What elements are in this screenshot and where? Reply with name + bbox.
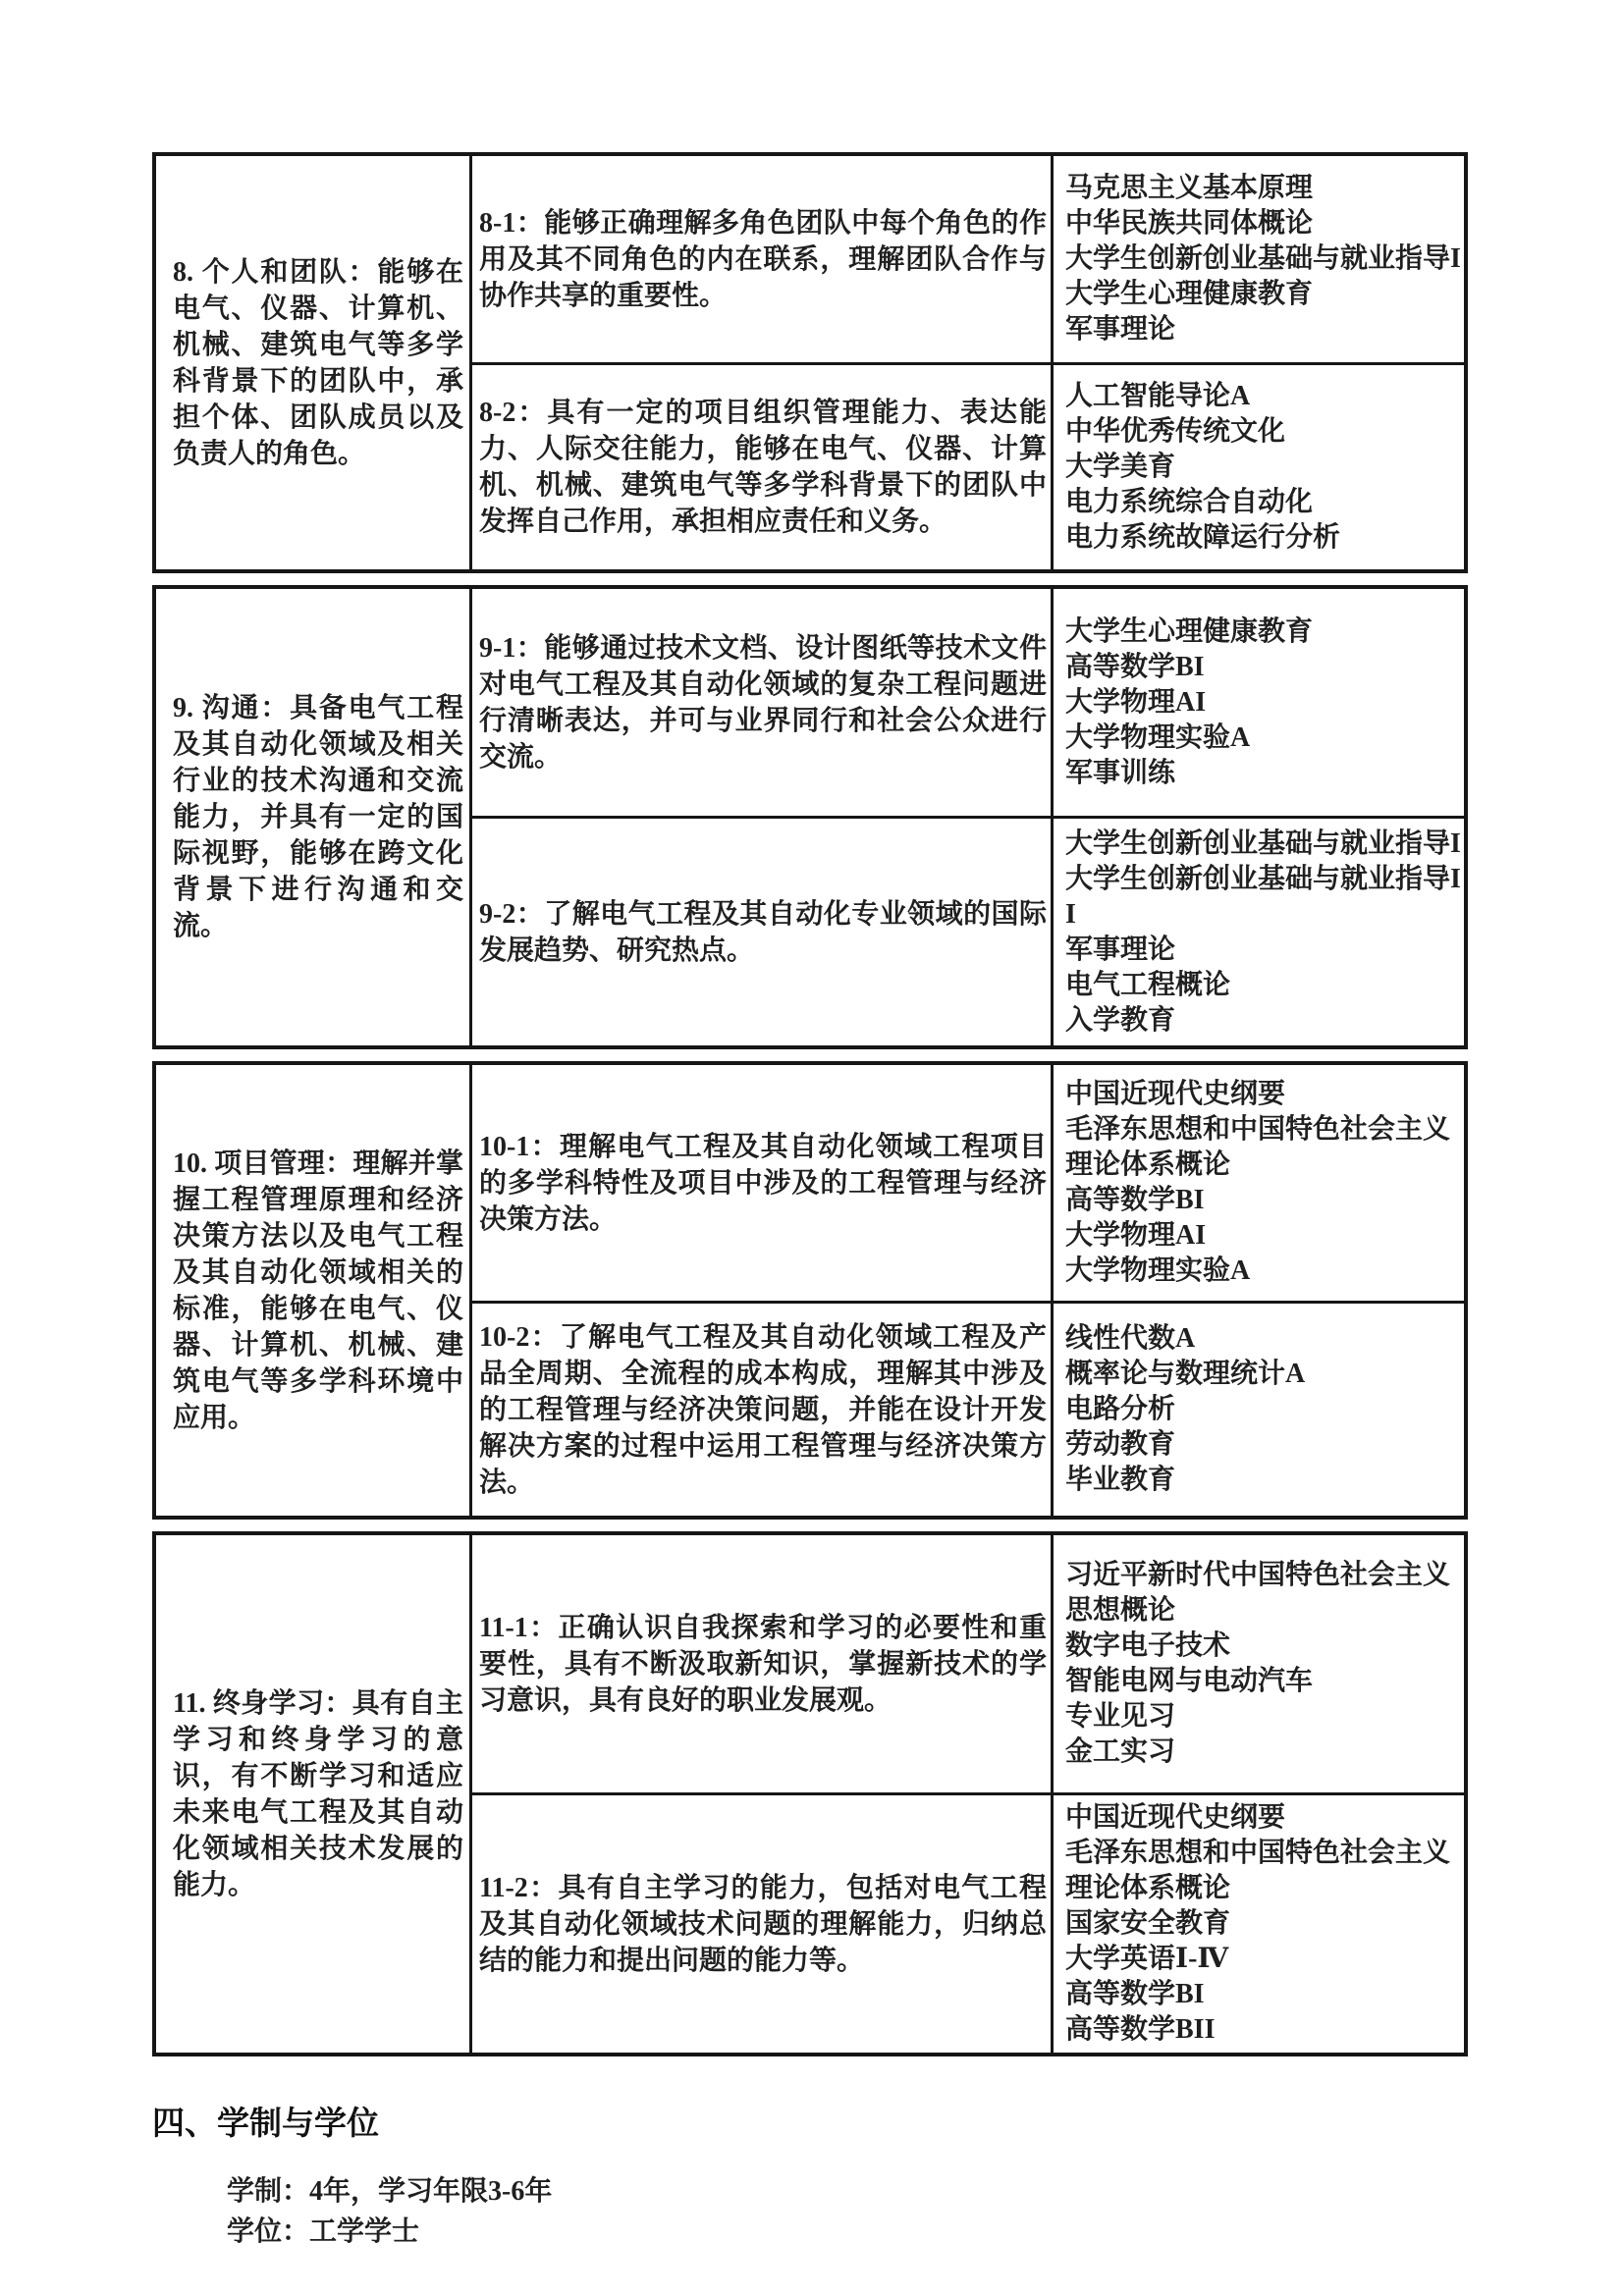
course-item: 大学生创新创业基础与就业指导I — [1065, 241, 1462, 277]
course-list-cell: 中国近现代史纲要毛泽东思想和中国特色社会主义理论体系概论高等数学BI大学物理AI… — [1054, 1065, 1464, 1301]
course-item: 人工智能导论A — [1065, 379, 1462, 414]
course-item: 中国近现代史纲要 — [1065, 1077, 1462, 1112]
objective-text: 10. 项目管理：理解并掌握工程管理原理和经济决策方法以及电气工程及其自动化领域… — [173, 1146, 463, 1436]
course-list-cell: 马克思主义基本原理中华民族共同体概论大学生创新创业基础与就业指导I大学生心理健康… — [1054, 156, 1464, 362]
course-item: 毕业教育 — [1065, 1463, 1462, 1498]
course-list-cell: 习近平新时代中国特色社会主义思想概论数字电子技术智能电网与电动汽车专业见习金工实… — [1054, 1535, 1464, 1792]
indicator-rows: 8-1：能够正确理解多角色团队中每个角色的作用及其不同角色的内在联系，理解团队合… — [472, 156, 1464, 569]
indicator-row: 11-1：正确认识自我探索和学习的必要性和重要性，具有不断汲取新知识，掌握新技术… — [472, 1535, 1464, 1792]
indicator-text: 8-1：能够正确理解多角色团队中每个角色的作用及其不同角色的内在联系，理解团队合… — [479, 205, 1047, 314]
course-item: 军事理论 — [1065, 933, 1462, 968]
indicator-row: 10-2：了解电气工程及其自动化领域工程及产品全周期、全流程的成本构成，理解其中… — [472, 1301, 1464, 1516]
course-item: 中国近现代史纲要 — [1065, 1800, 1462, 1836]
course-item: 入学教育 — [1065, 1003, 1462, 1039]
indicator-row: 8-2：具有一定的项目组织管理能力、表达能力、人际交往能力，能够在电气、仪器、计… — [472, 362, 1464, 569]
course-item: 概率论与数理统计A — [1065, 1357, 1462, 1392]
indicator-text: 9-2：了解电气工程及其自动化专业领域的国际发展趋势、研究热点。 — [479, 896, 1047, 969]
indicator-rows: 10-1：理解电气工程及其自动化领域工程项目的多学科特性及项目中涉及的工程管理与… — [472, 1065, 1464, 1516]
indicator-rows: 9-1：能够通过技术文档、设计图纸等技术文件对电气工程及其自动化领域的复杂工程问… — [472, 589, 1464, 1045]
document-page: 8. 个人和团队：能够在电气、仪器、计算机、机械、建筑电气等多学科背景下的团队中… — [0, 0, 1622, 2252]
indicator-text: 10-1：理解电气工程及其自动化领域工程项目的多学科特性及项目中涉及的工程管理与… — [479, 1129, 1047, 1238]
course-item: 高等数学BI — [1065, 1977, 1462, 2012]
indicator-rows: 11-1：正确认识自我探索和学习的必要性和重要性，具有不断汲取新知识，掌握新技术… — [472, 1535, 1464, 2053]
course-item: 高等数学BII — [1065, 2012, 1462, 2048]
section-heading: 四、学制与学位 — [152, 2098, 1468, 2144]
indicator-cell: 11-2：具有自主学习的能力，包括对电气工程及其自动化领域技术问题的理解能力，归… — [472, 1795, 1054, 2053]
course-item: 金工实习 — [1065, 1735, 1462, 1770]
course-item: 电力系统故障运行分析 — [1065, 520, 1462, 556]
course-item: 大学物理AI — [1065, 685, 1462, 721]
outcome-block: 9. 沟通：具备电气工程及其自动化领域及相关行业的技术沟通和交流能力，并具有一定… — [152, 585, 1468, 1049]
course-item: 中华民族共同体概论 — [1065, 206, 1462, 241]
indicator-text: 8-2：具有一定的项目组织管理能力、表达能力、人际交往能力，能够在电气、仪器、计… — [479, 395, 1047, 540]
course-list-cell: 线性代数A概率论与数理统计A电路分析劳动教育毕业教育 — [1054, 1304, 1464, 1516]
indicator-cell: 10-2：了解电气工程及其自动化领域工程及产品全周期、全流程的成本构成，理解其中… — [472, 1304, 1054, 1516]
objective-cell: 11. 终身学习：具有自主学习和终身学习的意识，有不断学习和适应未来电气工程及其… — [156, 1535, 472, 2053]
course-item: 电气工程概论 — [1065, 968, 1462, 1003]
course-list-cell: 大学生心理健康教育高等数学BI大学物理AI大学物理实验A军事训练 — [1054, 589, 1464, 816]
objective-cell: 9. 沟通：具备电气工程及其自动化领域及相关行业的技术沟通和交流能力，并具有一定… — [156, 589, 472, 1045]
course-item: 国家安全教育 — [1065, 1906, 1462, 1942]
course-item: 大学生创新创业基础与就业指导I — [1065, 827, 1462, 862]
indicator-cell: 9-1：能够通过技术文档、设计图纸等技术文件对电气工程及其自动化领域的复杂工程问… — [472, 589, 1054, 816]
course-item: 习近平新时代中国特色社会主义思想概论 — [1065, 1558, 1462, 1629]
course-item: 智能电网与电动汽车 — [1065, 1664, 1462, 1699]
indicator-cell: 10-1：理解电气工程及其自动化领域工程项目的多学科特性及项目中涉及的工程管理与… — [472, 1065, 1054, 1301]
course-item: 大学物理实验A — [1065, 721, 1462, 756]
course-item: 大学生创新创业基础与就业指导II — [1065, 862, 1462, 933]
course-list-cell: 人工智能导论A中华优秀传统文化大学美育电力系统综合自动化电力系统故障运行分析 — [1054, 365, 1464, 569]
indicator-cell: 8-2：具有一定的项目组织管理能力、表达能力、人际交往能力，能够在电气、仪器、计… — [472, 365, 1054, 569]
indicator-text: 11-2：具有自主学习的能力，包括对电气工程及其自动化领域技术问题的理解能力，归… — [479, 1870, 1047, 1979]
indicator-row: 8-1：能够正确理解多角色团队中每个角色的作用及其不同角色的内在联系，理解团队合… — [472, 156, 1464, 362]
course-list-cell: 大学生创新创业基础与就业指导I大学生创新创业基础与就业指导II军事理论电气工程概… — [1054, 819, 1464, 1045]
objective-text: 11. 终身学习：具有自主学习和终身学习的意识，有不断学习和适应未来电气工程及其… — [173, 1685, 463, 1903]
course-item: 大学物理实验A — [1065, 1254, 1462, 1289]
course-item: 高等数学BI — [1065, 1183, 1462, 1218]
indicator-cell: 9-2：了解电气工程及其自动化专业领域的国际发展趋势、研究热点。 — [472, 819, 1054, 1045]
course-item: 数字电子技术 — [1065, 1629, 1462, 1664]
outcome-block: 10. 项目管理：理解并掌握工程管理原理和经济决策方法以及电气工程及其自动化领域… — [152, 1061, 1468, 1520]
duration-line: 学制：4年，学习年限3-6年 — [152, 2171, 1468, 2212]
outcome-block: 8. 个人和团队：能够在电气、仪器、计算机、机械、建筑电气等多学科背景下的团队中… — [152, 152, 1468, 573]
indicator-text: 9-1：能够通过技术文档、设计图纸等技术文件对电气工程及其自动化领域的复杂工程问… — [479, 630, 1047, 775]
indicator-cell: 11-1：正确认识自我探索和学习的必要性和重要性，具有不断汲取新知识，掌握新技术… — [472, 1535, 1054, 1792]
course-item: 电路分析 — [1065, 1392, 1462, 1427]
section-degree: 四、学制与学位 学制：4年，学习年限3-6年 学位：工学学士 — [152, 2098, 1468, 2252]
objective-cell: 8. 个人和团队：能够在电气、仪器、计算机、机械、建筑电气等多学科背景下的团队中… — [156, 156, 472, 569]
indicator-row: 11-2：具有自主学习的能力，包括对电气工程及其自动化领域技术问题的理解能力，归… — [472, 1792, 1464, 2053]
course-item: 劳动教育 — [1065, 1427, 1462, 1463]
course-item: 马克思主义基本原理 — [1065, 171, 1462, 206]
course-item: 毛泽东思想和中国特色社会主义理论体系概论 — [1065, 1112, 1462, 1183]
course-list-cell: 中国近现代史纲要毛泽东思想和中国特色社会主义理论体系概论国家安全教育大学英语Ⅰ-… — [1054, 1795, 1464, 2053]
degree-line: 学位：工学学士 — [152, 2212, 1468, 2252]
indicator-row: 9-2：了解电气工程及其自动化专业领域的国际发展趋势、研究热点。 大学生创新创业… — [472, 816, 1464, 1045]
course-item: 高等数学BI — [1065, 650, 1462, 685]
course-item: 大学美育 — [1065, 450, 1462, 485]
objective-text: 8. 个人和团队：能够在电气、仪器、计算机、机械、建筑电气等多学科背景下的团队中… — [173, 254, 463, 472]
indicator-text: 10-2：了解电气工程及其自动化领域工程及产品全周期、全流程的成本构成，理解其中… — [479, 1319, 1047, 1501]
course-item: 专业见习 — [1065, 1699, 1462, 1735]
course-item: 军事理论 — [1065, 312, 1462, 347]
outcome-block: 11. 终身学习：具有自主学习和终身学习的意识，有不断学习和适应未来电气工程及其… — [152, 1531, 1468, 2056]
course-item: 大学生心理健康教育 — [1065, 277, 1462, 312]
course-item: 大学英语Ⅰ-Ⅳ — [1065, 1942, 1462, 1977]
indicator-row: 9-1：能够通过技术文档、设计图纸等技术文件对电气工程及其自动化领域的复杂工程问… — [472, 589, 1464, 816]
indicator-text: 11-1：正确认识自我探索和学习的必要性和重要性，具有不断汲取新知识，掌握新技术… — [479, 1610, 1047, 1719]
indicator-row: 10-1：理解电气工程及其自动化领域工程项目的多学科特性及项目中涉及的工程管理与… — [472, 1065, 1464, 1301]
course-item: 线性代数A — [1065, 1321, 1462, 1357]
objective-cell: 10. 项目管理：理解并掌握工程管理原理和经济决策方法以及电气工程及其自动化领域… — [156, 1065, 472, 1516]
outcome-table: 8. 个人和团队：能够在电气、仪器、计算机、机械、建筑电气等多学科背景下的团队中… — [152, 152, 1468, 2056]
course-item: 军事训练 — [1065, 756, 1462, 791]
course-item: 中华优秀传统文化 — [1065, 414, 1462, 450]
course-item: 大学生心理健康教育 — [1065, 614, 1462, 650]
course-item: 电力系统综合自动化 — [1065, 485, 1462, 520]
indicator-cell: 8-1：能够正确理解多角色团队中每个角色的作用及其不同角色的内在联系，理解团队合… — [472, 156, 1054, 362]
course-item: 毛泽东思想和中国特色社会主义理论体系概论 — [1065, 1836, 1462, 1906]
objective-text: 9. 沟通：具备电气工程及其自动化领域及相关行业的技术沟通和交流能力，并具有一定… — [173, 690, 463, 944]
course-item: 大学物理AI — [1065, 1218, 1462, 1254]
